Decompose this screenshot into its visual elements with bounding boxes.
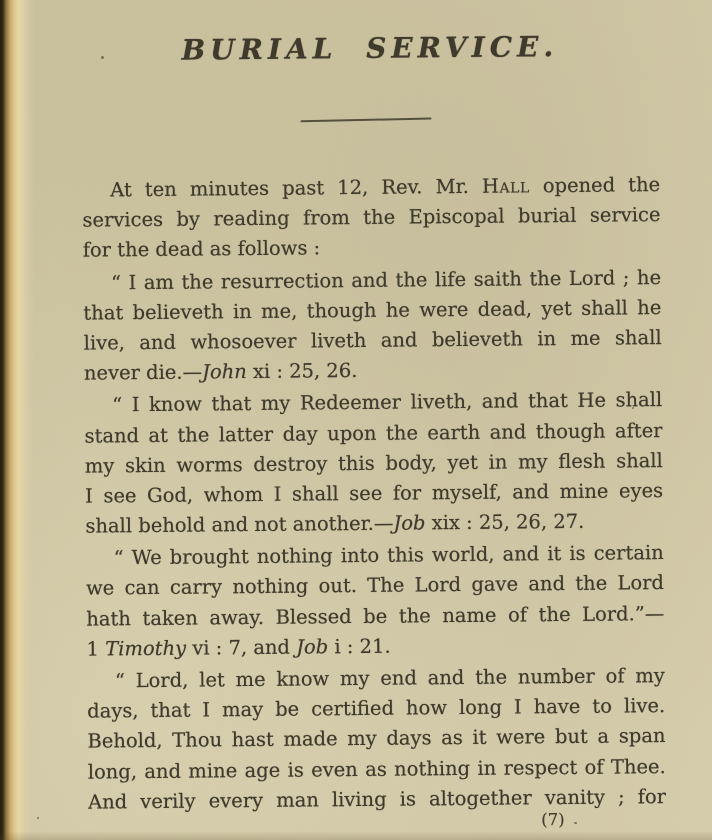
- text-run: At ten minutes past 12, Rev. Mr.: [110, 175, 482, 202]
- text-line: live, and whosoever liveth and believeth…: [84, 323, 662, 359]
- text-run: i : 21.: [328, 634, 391, 658]
- paragraph: “ I know that my Redeemer liveth, and th…: [84, 385, 663, 541]
- small-caps-name: Hall: [482, 174, 530, 197]
- text-run: “ I am the resurrection and the life sai…: [111, 266, 661, 294]
- text-run: shall behold and not another.—: [85, 512, 393, 538]
- text-run: Behold, Thou hast made my days as it wer…: [87, 724, 665, 753]
- text-run: for the dead as follows :: [83, 237, 321, 262]
- text-run: never die.—: [84, 361, 202, 385]
- text-line: shall behold and not another.—Job xix : …: [85, 506, 663, 542]
- page-number: (7): [541, 810, 565, 829]
- text-run: xi : 25, 26.: [247, 359, 358, 383]
- text-run: vi : 7, and: [186, 635, 296, 659]
- text-line: for the dead as follows :: [83, 230, 661, 266]
- text-run: “ Lord, let me know my end and the numbe…: [115, 664, 665, 692]
- scripture-reference: John: [202, 360, 247, 383]
- scanned-book-page: BURIAL SERVICE. At ten minutes past 12, …: [0, 0, 712, 840]
- text-run: And verily every man living is altogethe…: [88, 785, 666, 814]
- paragraph: “ I am the resurrection and the life sai…: [83, 263, 662, 389]
- text-line: we can carry nothing out. The Lord gave …: [86, 568, 664, 604]
- text-run: long, and mine age is even as nothing in…: [88, 755, 666, 784]
- text-line: hath taken away. Blessed be the name of …: [86, 599, 664, 635]
- text-run: I see God, whom I shall see for myself, …: [85, 479, 663, 508]
- text-line: And verily every man living is altogethe…: [88, 782, 666, 818]
- paragraph: At ten minutes past 12, Rev. Mr. Hall op…: [82, 170, 661, 266]
- text-run: that believeth in me, though he were dea…: [83, 296, 661, 325]
- text-line: services by reading from the Episcopal b…: [82, 200, 660, 236]
- text-run: xix : 25, 26, 27.: [425, 510, 584, 535]
- paragraph: “ Lord, let me know my end and the numbe…: [87, 661, 666, 817]
- paragraph: “ We brought nothing into this world, an…: [86, 538, 665, 664]
- scripture-reference: Job: [296, 635, 328, 658]
- page-title: BURIAL SERVICE.: [81, 29, 659, 68]
- title-divider-rule: [301, 117, 432, 122]
- text-run: “ I know that my Redeemer liveth, and th…: [112, 388, 662, 416]
- text-run: hath taken away. Blessed be the name of …: [86, 602, 664, 631]
- text-run: opened the: [530, 173, 661, 197]
- text-line: Behold, Thou hast made my days as it wer…: [87, 721, 665, 757]
- text-line: 1 Timothy vi : 7, and Job i : 21.: [86, 629, 664, 665]
- text-run: 1: [86, 637, 105, 660]
- text-run: services by reading from the Episcopal b…: [82, 203, 660, 232]
- text-run: my skin worms destroy this body, yet in …: [85, 449, 663, 478]
- scripture-reference: Timothy: [105, 636, 186, 660]
- text-line: never die.—John xi : 25, 26.: [84, 353, 662, 389]
- text-run: days, that I may be certified how long I…: [87, 694, 665, 723]
- text-line: “ I know that my Redeemer liveth, and th…: [84, 385, 662, 421]
- text-run: stand at the latter day upon the earth a…: [84, 419, 662, 448]
- text-run: “ We brought nothing into this world, an…: [114, 541, 664, 569]
- text-run: live, and whosoever liveth and believeth…: [84, 326, 662, 355]
- text-block: At ten minutes past 12, Rev. Mr. Hall op…: [82, 170, 666, 817]
- page-content: BURIAL SERVICE. At ten minutes past 12, …: [0, 0, 712, 840]
- text-run: we can carry nothing out. The Lord gave …: [86, 571, 664, 600]
- scripture-reference: Job: [393, 511, 425, 534]
